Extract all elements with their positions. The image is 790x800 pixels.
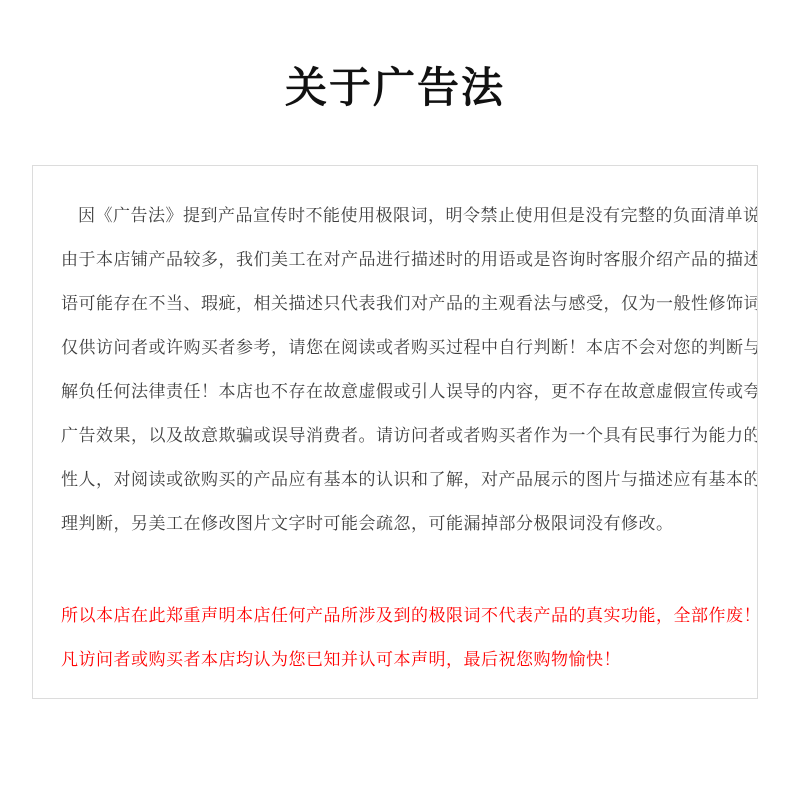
disclaimer-line: 性人，对阅读或欲购买的产品应有基本的认识和了解，对产品展示的图片与描述应有基本的…: [61, 458, 729, 502]
disclaimer-line: 解负任何法律责任！本店也不存在故意虚假或引人误导的内容，更不存在故意虚假宣传或夸…: [61, 370, 729, 414]
disclaimer-box: 因《广告法》提到产品宣传时不能使用极限词，明令禁止使用但是没有完整的负面清单说明…: [32, 165, 758, 699]
page-title: 关于广告法: [0, 0, 790, 112]
disclaimer-line: 由于本店铺产品较多，我们美工在对产品进行描述时的用语或是咨询时客服介绍产品的描述…: [61, 238, 729, 282]
warning-line: 凡访问者或购买者本店均认为您已知并认可本声明，最后祝您购物愉快！: [61, 638, 729, 682]
disclaimer-line: 仅供访问者或许购买者参考，请您在阅读或者购买过程中自行判断！本店不会对您的判断与…: [61, 326, 729, 370]
disclaimer-line: 理判断，另美工在修改图片文字时可能会疏忽，可能漏掉部分极限词没有修改。: [61, 502, 729, 546]
disclaimer-line: 广告效果，以及故意欺骗或误导消费者。请访问者或者购买者作为一个具有民事行为能力的…: [61, 414, 729, 458]
disclaimer-line: 因《广告法》提到产品宣传时不能使用极限词，明令禁止使用但是没有完整的负面清单说明…: [61, 194, 729, 238]
warning-line: 所以本店在此郑重声明本店任何产品所涉及到的极限词不代表产品的真实功能，全部作废！: [61, 594, 729, 638]
disclaimer-page: 关于广告法 因《广告法》提到产品宣传时不能使用极限词，明令禁止使用但是没有完整的…: [0, 0, 790, 800]
disclaimer-line: 语可能存在不当、瑕疵，相关描述只代表我们对产品的主观看法与感受，仅为一般性修饰词…: [61, 282, 729, 326]
spacer: [61, 546, 729, 594]
